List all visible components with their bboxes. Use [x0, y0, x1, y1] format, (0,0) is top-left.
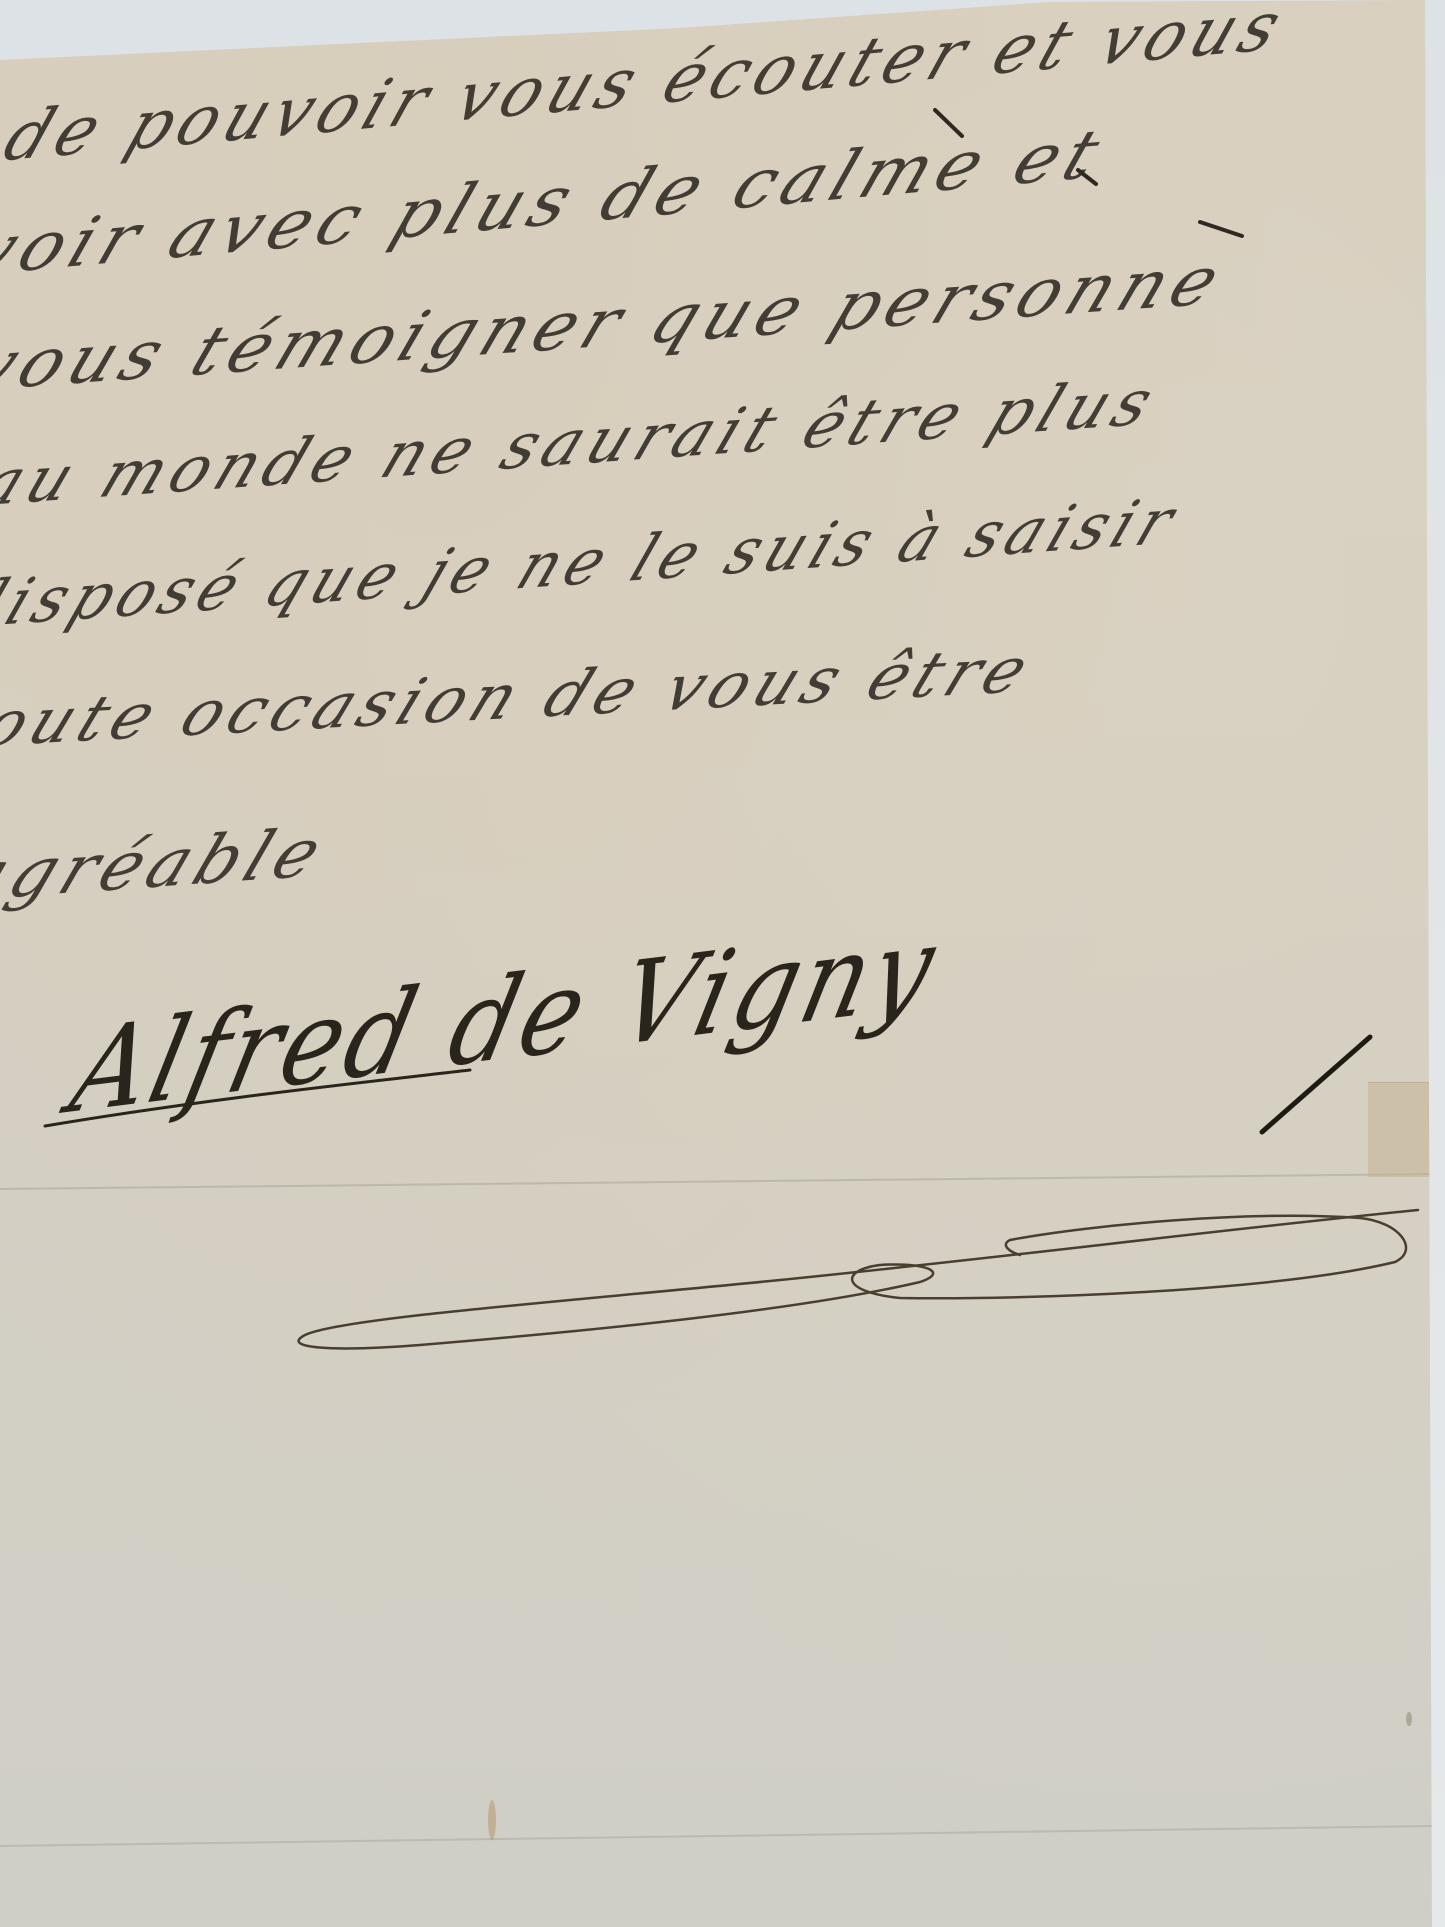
letter-line-6: toute occasion de vous être — [0, 632, 1046, 763]
tape-strip — [1368, 1082, 1445, 1177]
letter-paper: de pouvoir vous écouter et vous voir ave… — [0, 0, 1445, 1927]
foxing-spot — [1406, 1712, 1412, 1726]
fold-crease — [0, 1173, 1445, 1190]
letter-line-5: disposé que je ne le suis à saisir — [0, 483, 1190, 643]
paper-edge — [1434, 0, 1437, 120]
photo-scene: de pouvoir vous écouter et vous voir ave… — [0, 0, 1445, 1927]
signature: Alfred de Vigny — [60, 900, 950, 1140]
foxing-spot — [488, 1800, 496, 1840]
letter-line-7: agréable — [0, 813, 339, 917]
fold-crease-lower — [0, 1825, 1445, 1847]
